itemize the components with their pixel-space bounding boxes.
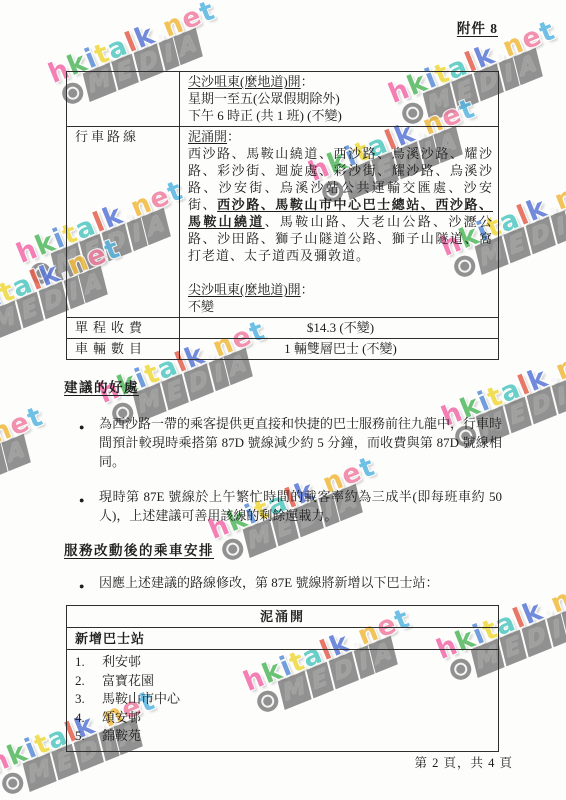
station-name: 富寶花園 [102,672,154,691]
table-row: 1.利安邨 2.富寶花園 3.馬鞍山市中心 4.頌安邨 5.錦鞍苑 [67,650,499,752]
station-name: 馬鞍山市中心 [102,690,180,709]
list-item: 3.馬鞍山市中心 [75,690,492,709]
page-number: 第 2 頁，共 4 頁 [414,753,513,771]
document-content: 附件 8 尖沙咀東(麼地道)開： 星期一至五(公眾假期除外) 下午 6 時正 (… [0,0,566,752]
document-page: hkitalk.netMEDIAhkitalk.netMEDIAhkitalk.… [0,0,566,800]
appendix-label: 附件 8 [0,17,566,37]
departure-time-cell: 尖沙咀東(麼地道)開： 星期一至五(公眾假期除外) 下午 6 時正 (共 1 班… [180,72,499,127]
table-row: 行車路線 泥涌開： 西沙路、馬鞍山繞道、西沙路、烏溪沙路、耀沙路、彩沙街、迴旋處… [67,127,499,318]
return-route-value: 不變 [188,298,493,315]
new-stops-table: 泥涌開 新增巴士站 1.利安邨 2.富寶花園 3.馬鞍山市中心 4.頌安邨 5.… [66,605,499,752]
vehicles-label-cell: 車輛數目 [67,339,180,360]
service-time: 下午 6 時正 (共 1 班) (不變) [188,107,493,124]
direction-header-cell: 泥涌開 [67,606,499,628]
bullet-icon: ● [79,414,99,471]
benefit-text: 為西沙路一帶的乘客提供更直接和快捷的巴士服務前往九龍中，行車時間預計較現時乘搭第… [99,414,502,471]
station-name: 頌安邨 [102,709,141,728]
arrangements-heading: 服務改動後的乘車安排 [64,539,566,559]
route-details-table: 尖沙咀東(麼地道)開： 星期一至五(公眾假期除外) 下午 6 時正 (共 1 班… [66,71,499,360]
arrangement-item: ● 因應上述建議的路線修改，第 87E 號線將新增以下巴士站： [79,573,502,596]
stations-list-cell: 1.利安邨 2.富寶花園 3.馬鞍山市中心 4.頌安邨 5.錦鞍苑 [67,650,499,752]
spacer [188,264,493,281]
list-item: 2.富寶花園 [75,672,492,691]
list-item: 1.利安邨 [75,653,492,672]
station-name: 錦鞍苑 [102,727,141,746]
table-row: 單程收費 $14.3 (不變) [67,318,499,339]
station-name: 利安邨 [102,653,141,672]
departure-point: 尖沙咀東(麼地道)開 [188,74,301,89]
return-departure-point: 尖沙咀東(麼地道)開 [188,282,301,297]
table-row: 泥涌開 [67,606,499,628]
table-row: 尖沙咀東(麼地道)開： 星期一至五(公眾假期除外) 下午 6 時正 (共 1 班… [67,72,499,127]
empty-label-cell [67,72,180,127]
fare-value-cell: $14.3 (不變) [180,318,499,339]
media-logo-icon [0,770,26,797]
vehicles-value-cell: 1 輛雙層巴士 (不變) [180,339,499,360]
bullet-icon: ● [79,573,99,596]
benefit-item: ● 現時第 87E 號線於上午繁忙時間的載客率約為三成半(即每班車約 50 人)… [79,487,502,525]
benefits-heading: 建議的好處 [64,376,566,396]
table-row: 新增巴士站 [67,628,499,650]
benefit-item: ● 為西沙路一帶的乘客提供更直接和快捷的巴士服務前往九龍中，行車時間預計較現時乘… [79,414,502,471]
service-days: 星期一至五(公眾假期除外) [188,90,493,107]
route-streets: 西沙路、馬鞍山繞道、西沙路、烏溪沙路、耀沙路、彩沙街、迴旋處、彩沙街、耀沙路、烏… [188,145,493,264]
new-stops-subheader-cell: 新增巴士站 [67,628,499,650]
route-description-cell: 泥涌開： 西沙路、馬鞍山繞道、西沙路、烏溪沙路、耀沙路、彩沙街、迴旋處、彩沙街、… [180,127,499,318]
benefit-text: 現時第 87E 號線於上午繁忙時間的載客率約為三成半(即每班車約 50 人)，上… [99,487,502,525]
table-row: 車輛數目 1 輛雙層巴士 (不變) [67,339,499,360]
arrangement-text: 因應上述建議的路線修改，第 87E 號線將新增以下巴士站： [99,573,502,596]
fare-label-cell: 單程收費 [67,318,180,339]
origin-point: 泥涌開 [188,129,227,144]
bullet-icon: ● [79,487,99,525]
list-item: 5.錦鞍苑 [75,727,492,746]
route-label-cell: 行車路線 [67,127,180,318]
list-item: 4.頌安邨 [75,709,492,728]
